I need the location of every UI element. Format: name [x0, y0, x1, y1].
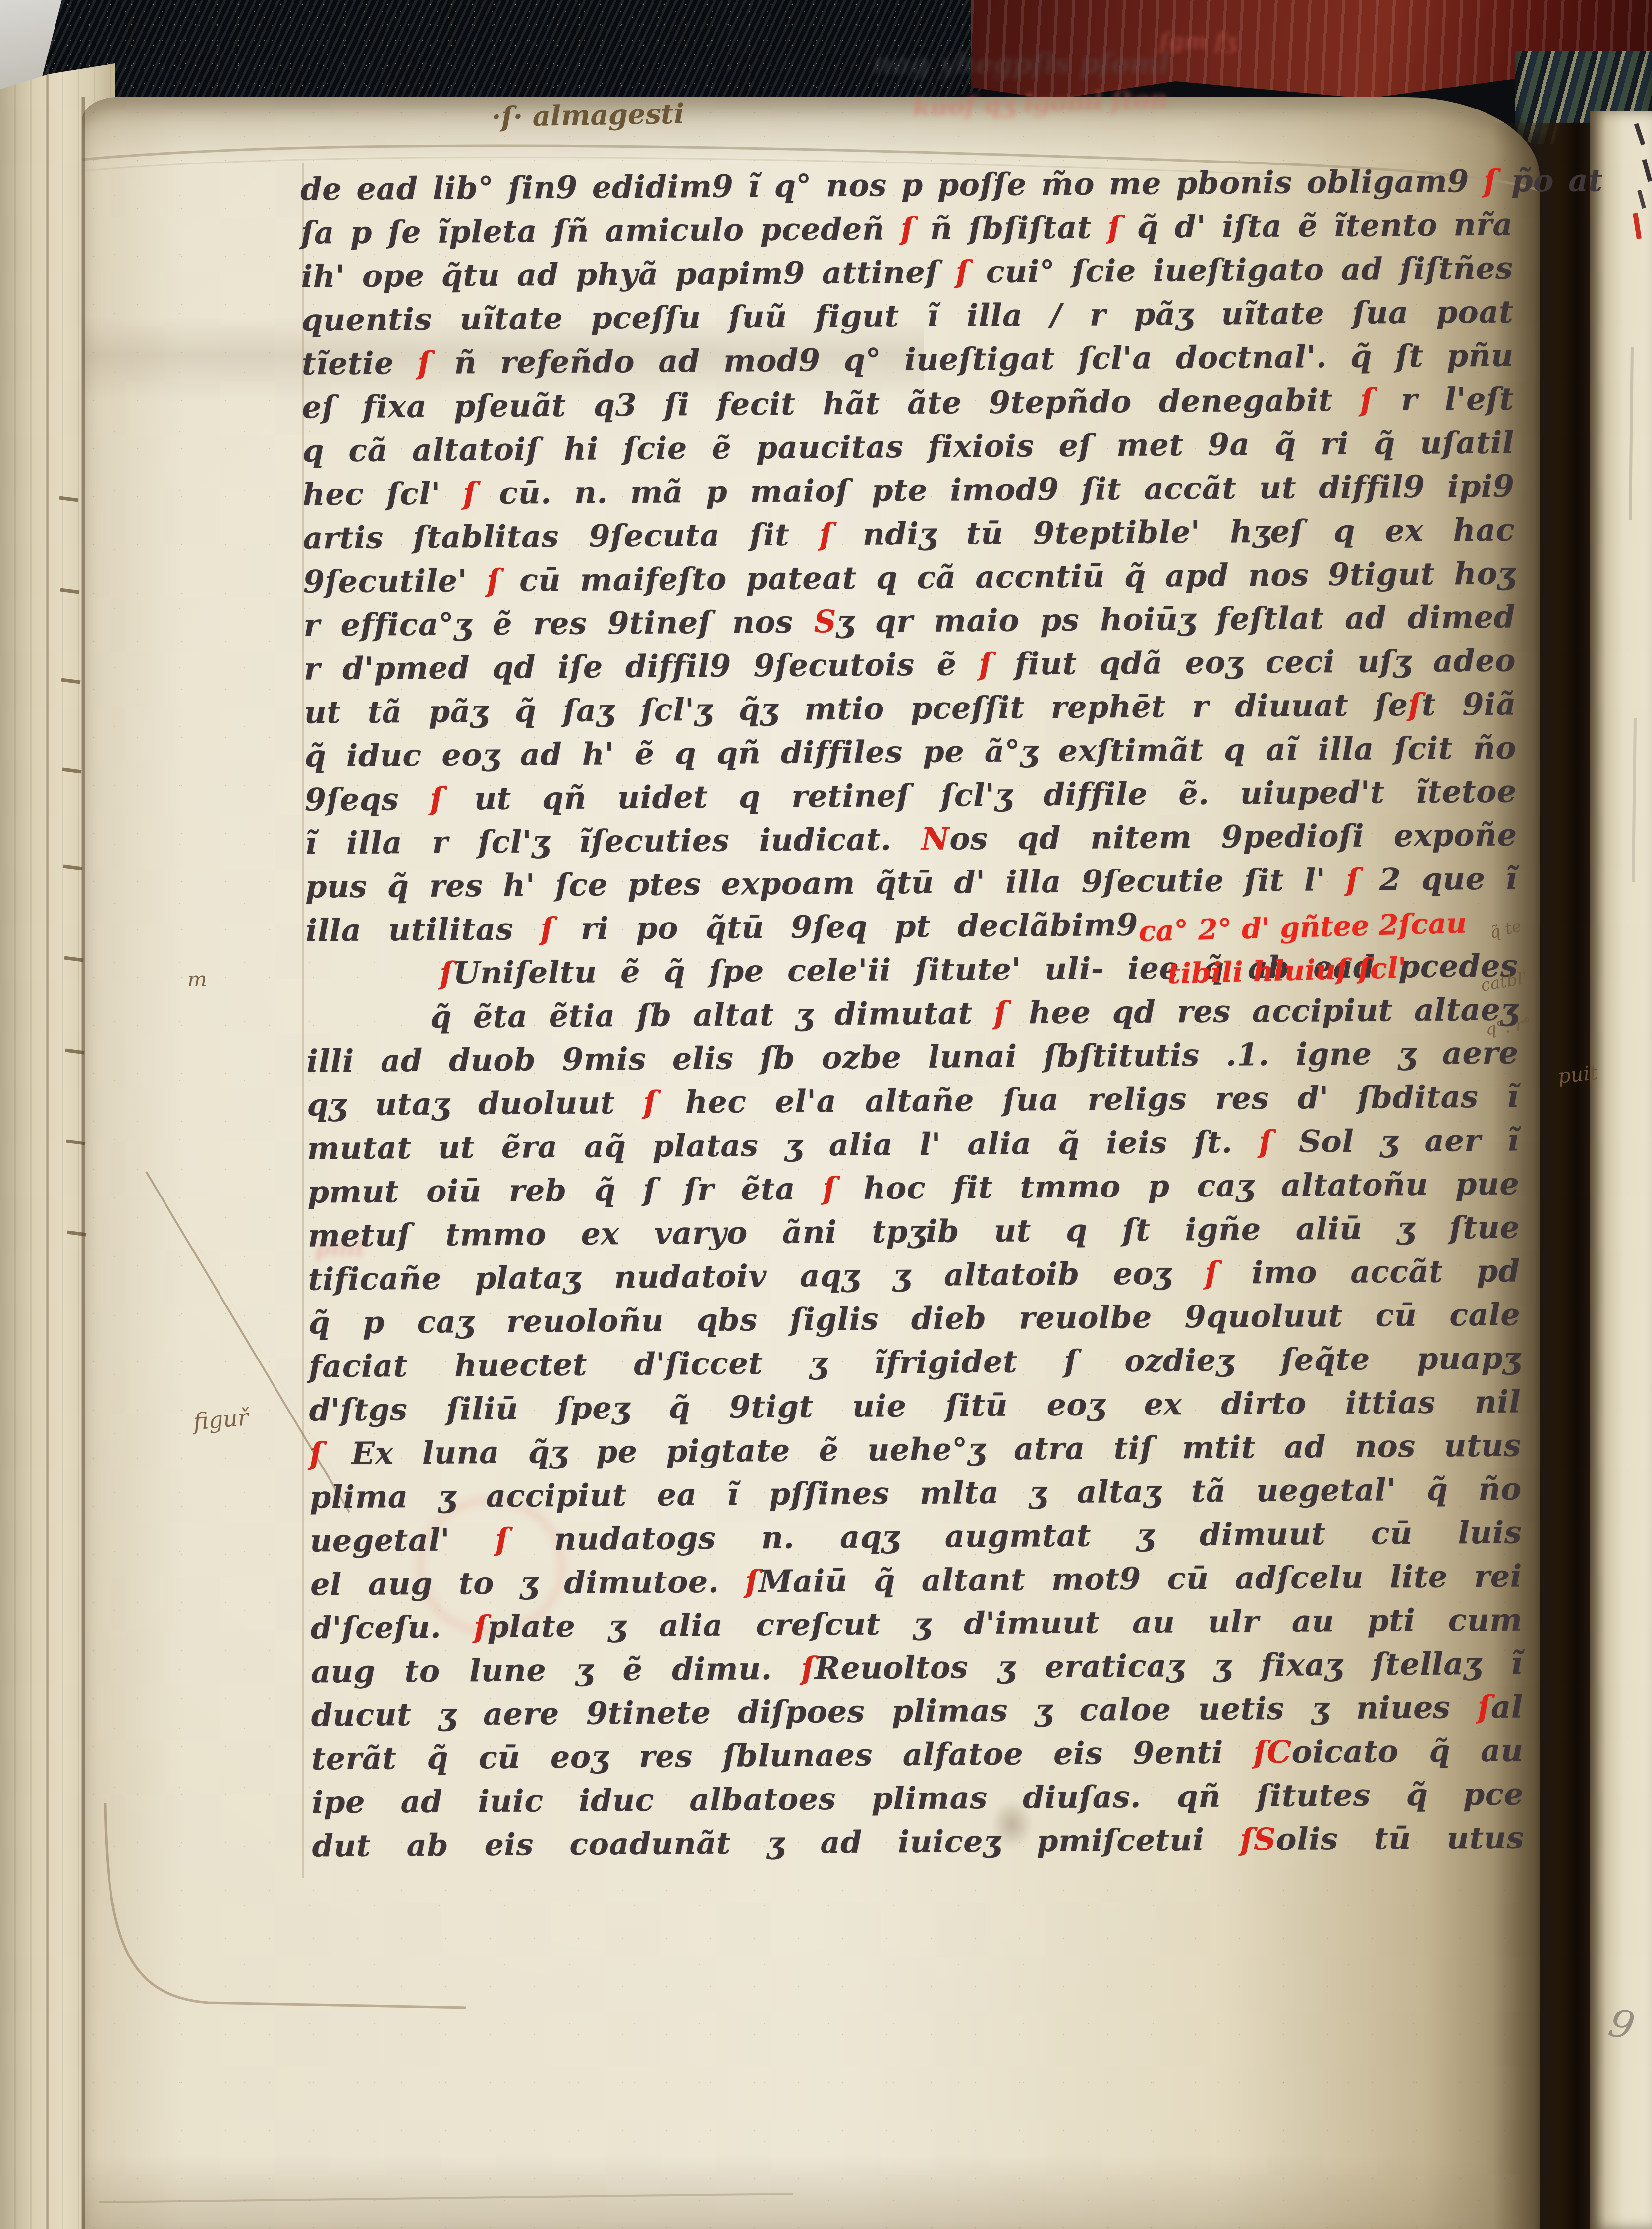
text-line: ĩ illa r ſcl'ʒ ĩſecuties iudicat. Nos qd… [305, 813, 1517, 865]
text-segment: os qd nitem 9pedioſi expoñe [949, 816, 1517, 857]
text-segment: 9ſecutile' [303, 562, 487, 600]
text-line: d'ſceſu. ſplate ʒ alia creſcut ʒ d'imuut… [310, 1598, 1523, 1650]
text-segment: uegetal' [310, 1522, 496, 1559]
text-segment: ſa p ſe ĩpleta ſñ amiculo pcedeñ [301, 211, 901, 251]
text-segment: pmut oiū reb q̃ ſ ſr ẽta [307, 1170, 823, 1210]
text-segment: d'ſtgs ſiliū ſpeʒ q̃ 9tigt uie ſitū eoʒ … [309, 1383, 1521, 1428]
text-segment: metuſ tmmo ex varyo ãni tpʒib ut q ſt ig… [308, 1209, 1520, 1253]
text-segment: ut tã pãʒ q̃ ſaʒ ſcl'ʒ q̃ʒ mtio pceſſit … [304, 687, 1408, 731]
text-line: de ead lib° ſin9 edidim9 ĩ q° nos p poſſ… [300, 160, 1513, 212]
text-line: illa utilitas ſ ri po q̃tū 9ſeq pt declã… [305, 903, 1138, 953]
text-segment: hee qd res accipiut altaeʒ [1007, 991, 1519, 1031]
text-line: dut ab eis coadunãt ʒ ad iuiceʒ pmiſcetu… [312, 1816, 1524, 1868]
text-segment: quentis uĩtate pceſſu ſuũ figut ĩ illa /… [301, 293, 1513, 338]
text-segment: plate ʒ alia creſcut ʒ d'imuut au ulr au… [487, 1601, 1522, 1645]
text-line: r effica°ʒ ẽ res 9tineſ nos Sʒ qr maio p… [303, 595, 1516, 647]
text-segment: ducut ʒ aere 9tinete diſpoes plimas ʒ ca… [311, 1689, 1478, 1733]
text-segment: q̃ ẽta ẽtia ſb altat ʒ dimutat [430, 995, 994, 1035]
rubricated-mark: ſ [979, 646, 992, 682]
left-margin-note-figure: figuř [192, 1404, 250, 1435]
facing-leaf-edge [1590, 111, 1652, 2229]
text-line: eſ fixa pſeuãt q3 ſi fecit hãt ãte 9tepñ… [302, 377, 1514, 429]
text-line: pus q̃ res h' ſce ptes expoam q̃tū d' il… [305, 857, 1518, 909]
text-line: faciat huectet d'ſiccet ʒ ĩfrigidet ſ oz… [309, 1336, 1521, 1388]
rubricated-mark: ſ [474, 1609, 488, 1645]
text-segment: cū maifeſto pateat q cã accntiū q̃ apd n… [500, 555, 1515, 598]
text-segment: olis tū utus [1276, 1819, 1524, 1857]
rubricated-mark: ſS [1240, 1821, 1276, 1858]
text-segment: tificañe plataʒ nudatoiv aqʒ ʒ altatoib … [308, 1255, 1205, 1298]
rubricated-mark: ſ [643, 1085, 657, 1121]
text-line: qʒ utaʒ duoluut ſ hec el'a altañe ſua re… [307, 1075, 1519, 1127]
text-segment: ipe ad iuic iduc albatoes plimas diuſas.… [312, 1776, 1524, 1820]
text-segment: terãt q̃ cū eoʒ res ſblunaes alfatoe eis… [311, 1734, 1254, 1777]
chapter-rubric-line2: tibili hluiuſ ſcl' [1167, 951, 1407, 991]
text-line: uegetal' ſ nudatogs n. aqʒ augmtat ʒ dim… [310, 1511, 1522, 1563]
text-segment: d'ſceſu. [310, 1609, 474, 1646]
rubricated-mark: ſ [1346, 862, 1360, 898]
text-segment: Reuoltos ʒ eraticaʒ ʒ fixaʒ ſtellaʒ ĩ [815, 1645, 1523, 1686]
rubricated-mark: ſ [1107, 209, 1121, 245]
text-line: q̃ iduc eoʒ ad h' ẽ q qñ diffiles pe ã°ʒ… [304, 726, 1517, 778]
text-segment: eſ fixa pſeuãt q3 ſi fecit hãt ãte 9tepñ… [302, 382, 1360, 426]
text-segment: cū. n. mã p maioſ pte imod9 ſit accãt ut… [476, 468, 1514, 511]
text-line: r d'pmed qd iſe diffil9 9ſecutois ẽ ſ fi… [304, 639, 1516, 691]
rubricated-mark: ſ [1259, 1124, 1272, 1160]
rubricated-mark: ſ [819, 516, 833, 552]
rubricated-mark: ſ [440, 955, 453, 991]
text-segment: r d'pmed qd iſe diffil9 9ſecutois ẽ [304, 646, 979, 687]
left-margin-note-m: m [187, 967, 207, 991]
text-segment: r effica°ʒ ẽ res 9tineſ nos [303, 603, 814, 643]
text-line: mutat ut ẽra aq̃ platas ʒ alia l' alia q… [307, 1118, 1520, 1170]
rubricated-mark: ſ [955, 254, 969, 290]
text-segment: fiut qdã eoʒ ceci uſʒ adeo [992, 642, 1516, 682]
text-block: de ead lib° ſin9 edidim9 ĩ q° nos p poſſ… [300, 160, 1524, 1868]
text-segment: Ex luna q̃ʒ pe pigtate ẽ uehe°ʒ atra tiſ… [351, 1427, 1522, 1471]
rubricated-mark: ſ [417, 345, 431, 381]
rubricated-mark: ſ [745, 1563, 759, 1599]
text-segment: q̃ d' iſta ẽ ĩtento nr̃a [1121, 207, 1513, 246]
running-title: ·ſ· almagesti [491, 98, 684, 134]
text-segment: de ead lib° ſin9 edidim9 ĩ q° nos p poſſ… [300, 163, 1484, 208]
text-segment: 9ſeqs [305, 781, 430, 818]
text-segment: q cã altatoiſ hi ſcie ẽ paucitas fixiois… [302, 424, 1514, 469]
text-line: ſ Ex luna q̃ʒ pe pigtate ẽ uehe°ʒ atra t… [309, 1423, 1522, 1475]
rubricated-mark: ſ [1484, 163, 1497, 199]
text-line: 9ſecutile' ſ cū maifeſto pateat q cã acc… [303, 551, 1516, 603]
facing-leaf-gloss: puit [1557, 1061, 1599, 1088]
rubricated-mark: ſ [1360, 381, 1374, 418]
text-segment: Maiū q̃ altant mot9 cū adſcelu lite rei [759, 1558, 1523, 1599]
text-segment: hec el'a altañe ſua religs res d' ſbdita… [657, 1078, 1519, 1120]
text-segment: plima ʒ accipiut ea ĩ pſſines mlta ʒ alt… [310, 1470, 1522, 1515]
text-segment: hec ſcl' [302, 475, 463, 512]
text-line: ſa p ſe ĩpleta ſñ amiculo pcedeñ ſ ñ ſbſ… [301, 203, 1513, 255]
rubricated-mark: S [814, 603, 836, 640]
text-segment: ʒ qr maio ps hoiūʒ feſtlat ad dimed [836, 598, 1516, 640]
text-line: pmut oiū reb q̃ ſ ſr ẽta ſ hoc fit tmmo … [307, 1162, 1520, 1214]
rubricated-mark: ſ [540, 911, 554, 947]
rubricated-mark: ſ [309, 1435, 351, 1472]
text-line: illi ad duob 9mis elis ſb ozbe lunai ſbſ… [306, 1031, 1519, 1083]
text-line: ih' ope q̃tu ad phyã papim9 attineſ ſ cu… [301, 246, 1513, 298]
text-line: q cã altatoiſ hi ſcie ẽ paucitas fixiois… [302, 421, 1515, 473]
text-segment: ut qñ uidet q retineſ ſcl'ʒ diffile ẽ. u… [443, 773, 1517, 816]
text-segment: tĩetie [302, 345, 418, 382]
text-line: d'ſtgs ſiliū ſpeʒ q̃ 9tigt uie ſitū eoʒ … [309, 1380, 1521, 1432]
rubricated-mark: ſ [994, 995, 1008, 1031]
text-segment: Sol ʒ aer ĩ [1272, 1122, 1519, 1159]
text-line: metuſ tmmo ex varyo ãni tpʒib ut q ſt ig… [308, 1205, 1520, 1257]
rubricated-mark: ſ [430, 781, 443, 817]
text-line: plima ʒ accipiut ea ĩ pſſines mlta ʒ alt… [309, 1467, 1522, 1519]
rubricated-mark: ſC [1253, 1734, 1292, 1771]
text-line: quentis uĩtate pceſſu ſuũ figut ĩ illa /… [301, 290, 1514, 342]
text-line: terãt q̃ cū eoʒ res ſblunaes alfatoe eis… [311, 1729, 1524, 1781]
text-segment: qʒ utaʒ duoluut [307, 1085, 643, 1123]
text-segment: artis ſtablitas 9ſecuta ſit [303, 516, 820, 556]
manuscript-photo: nag yhegpſis pſoml kuof qʒ lgoml ſton ſg… [0, 0, 1652, 2229]
text-line: artis ſtablitas 9ſecuta ſit ſ ndiʒ tū 9t… [303, 508, 1515, 560]
text-line: q̃ p caʒ reuoloñu qbs ſiglis dieb reuolb… [308, 1293, 1521, 1345]
rubricated-mark: N [921, 820, 950, 857]
text-segment: aug to lune ʒ ẽ dimu. [311, 1650, 801, 1690]
text-segment: mutat ut ẽra aq̃ platas ʒ alia l' alia q… [307, 1124, 1259, 1166]
rubricated-mark: ſ [1205, 1255, 1218, 1291]
text-line: ut tã pãʒ q̃ ſaʒ ſcl'ʒ q̃ʒ mtio pceſſit … [304, 682, 1516, 734]
text-segment: q̃ iduc eoʒ ad h' ẽ q qñ diffiles pe ã°ʒ… [304, 729, 1516, 774]
text-line: ipe ad iuic iduc albatoes plimas diuſas.… [312, 1772, 1524, 1824]
rubricated-mark: ſ [1408, 687, 1422, 723]
text-segment: ñ ſbſiſtat [914, 209, 1107, 247]
text-line: hec ſcl' ſ cū. n. mã p maioſ pte imod9 ſ… [302, 464, 1515, 516]
rubricated-mark: ſ [900, 211, 914, 247]
rubricated-mark: ſ [1478, 1689, 1491, 1725]
text-segment: pus q̃ res h' ſce ptes expoam q̃tū d' il… [305, 862, 1346, 905]
rubricated-mark: ſ [487, 562, 500, 598]
text-segment: ĩ illa r ſcl'ʒ ĩſecuties iudicat. [305, 821, 921, 862]
text-line: tĩetie ſ ñ refeñdo ad mod9 q° iueſtigat … [302, 333, 1514, 385]
rubricated-mark: ſ [801, 1650, 815, 1686]
text-segment: faciat huectet d'ſiccet ʒ ĩfrigidet ſ oz… [309, 1340, 1521, 1384]
text-line: el aug to ʒ dimutoe. ſMaiū q̃ altant mot… [310, 1554, 1523, 1606]
text-line: q̃ ẽta ẽtia ſb altat ʒ dimutat ſ hee qd … [306, 987, 1519, 1039]
text-line: ducut ʒ aere 9tinete diſpoes plimas ʒ ca… [311, 1685, 1524, 1737]
text-segment: ih' ope q̃tu ad phyã papim9 attineſ [301, 254, 956, 294]
text-segment: p̃o at [1497, 162, 1603, 199]
text-segment: el aug to ʒ dimutoe. [310, 1563, 745, 1602]
rubricated-mark: ſ [463, 475, 477, 511]
text-segment: ndiʒ tū 9teptible' hʒeſ q ex hac [832, 511, 1515, 552]
text-segment: cui° ſcie iueſtigato ad ſiſtñes [969, 250, 1513, 290]
text-segment: 2 que ĩ [1359, 860, 1517, 897]
text-segment: imo accãt pd [1218, 1252, 1520, 1291]
text-segment: t 9iã [1422, 686, 1516, 722]
text-segment: illa utilitas [306, 911, 541, 948]
text-segment: ri po q̃tū 9ſeq pt declãbim9 [553, 907, 1138, 947]
text-segment: q̃ p caʒ reuoloñu qbs ſiglis dieb reuolb… [308, 1296, 1520, 1341]
text-line: aug to lune ʒ ẽ dimu. ſReuoltos ʒ eratic… [311, 1641, 1523, 1693]
rubricated-mark: ſ [823, 1170, 836, 1206]
text-segment: oicato q̃ au [1291, 1732, 1523, 1770]
text-segment: ñ refeñdo ad mod9 q° iueſtigat ſcl'a doc… [431, 337, 1514, 381]
text-segment: r l'eſt [1374, 381, 1514, 418]
rubricated-mark: ſ [495, 1522, 509, 1558]
text-segment: al [1491, 1688, 1523, 1725]
text-segment: hoc fit tmmo p caʒ altatoñu pue [836, 1165, 1520, 1206]
text-segment: dut ab eis coadunãt ʒ ad iuiceʒ pmiſcetu… [312, 1821, 1240, 1864]
text-line: tificañe plataʒ nudatoiv aqʒ ʒ altatoib … [308, 1249, 1520, 1301]
text-line: 9ſeqs ſ ut qñ uidet q retineſ ſcl'ʒ diff… [305, 769, 1517, 821]
text-segment: nudatogs n. aqʒ augmtat ʒ dimuut cū luis [509, 1514, 1522, 1557]
text-segment: illi ad duob 9mis elis ſb ozbe lunai ſbſ… [306, 1034, 1518, 1079]
